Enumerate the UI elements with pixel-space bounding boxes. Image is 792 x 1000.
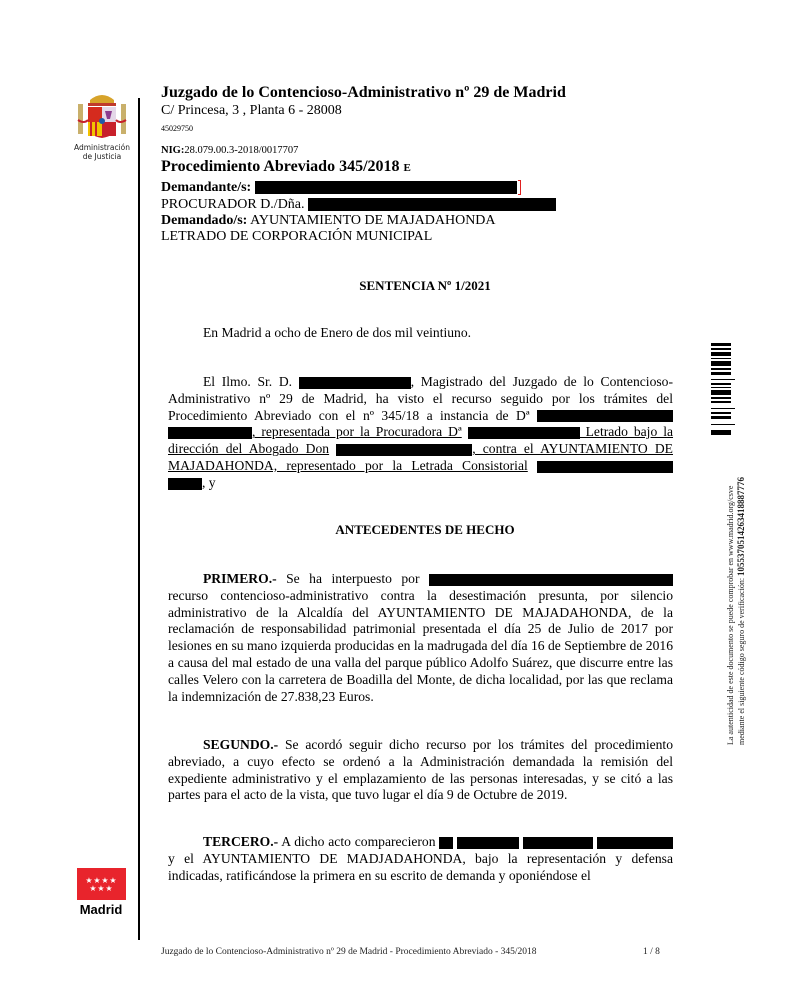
intro-text: , y <box>202 475 216 490</box>
tercero-paragraph: TERCERO.- A dicho acto comparecieron y e… <box>168 834 673 884</box>
procurador-label: PROCURADOR D./Dña. <box>161 197 305 212</box>
primero-label: PRIMERO.- <box>203 571 277 586</box>
redaction-block <box>168 478 202 490</box>
procedure-number: Procedimiento Abreviado 345/2018 <box>161 158 400 175</box>
barcode-icon <box>711 343 737 443</box>
lawyer-line: LETRADO DE CORPORACIÓN MUNICIPAL <box>161 228 432 245</box>
primero-text: recurso contencioso-administrativo contr… <box>168 588 673 704</box>
redaction-block <box>537 410 673 422</box>
margin-rule <box>138 98 140 940</box>
svg-text:★: ★ <box>89 884 96 893</box>
court-code: 45029750 <box>161 124 193 133</box>
tercero-label: TERCERO.- <box>203 834 278 849</box>
segundo-label: SEGUNDO.- <box>203 737 278 752</box>
redaction-block <box>299 377 411 389</box>
primero-lead: Se ha interpuesto por <box>277 571 429 586</box>
madrid-label: Madrid <box>68 902 134 917</box>
court-address: C/ Princesa, 3 , Planta 6 - 28008 <box>161 103 342 119</box>
redaction-block <box>429 574 673 586</box>
redaction-block <box>468 427 580 439</box>
page-number: 1 / 8 <box>643 947 660 957</box>
redaction-block <box>597 837 673 849</box>
nig-label: NIG: <box>161 145 184 156</box>
verification-line2: mediante el siguiente código seguro de v… <box>736 477 747 745</box>
defendant-label: Demandado/s: <box>161 213 247 228</box>
intro-text: El Ilmo. Sr. D. <box>203 374 292 389</box>
svg-text:★: ★ <box>105 884 112 893</box>
redaction-block <box>537 461 673 473</box>
section-heading: ANTECEDENTES DE HECHO <box>160 522 690 538</box>
crest-label: Administración de Justicia <box>68 143 136 161</box>
intro-text: , representada por la Procuradora Dª <box>252 424 462 439</box>
plaintiff-label: Demandante/s: <box>161 180 251 195</box>
plaintiff-line: Demandante/s: <box>161 179 521 196</box>
nig-line: NIG:28.079.00.3-2018/0017707 <box>161 145 298 156</box>
primero-paragraph: PRIMERO.- Se ha interpuesto por recurso … <box>168 571 673 705</box>
redaction-block <box>457 837 519 849</box>
redaction-marker <box>518 180 521 195</box>
svg-text:★: ★ <box>97 884 104 893</box>
segundo-paragraph: SEGUNDO.- Se acordó seguir dicho recurso… <box>168 737 673 804</box>
date-line: En Madrid a ocho de Enero de dos mil vei… <box>168 325 673 342</box>
redaction-block <box>308 198 556 211</box>
intro-paragraph: El Ilmo. Sr. D. , Magistrado del Juzgado… <box>168 374 673 492</box>
redaction-block <box>255 181 517 194</box>
date-text: En Madrid a ocho de Enero de dos mil vei… <box>203 325 471 340</box>
spain-coat-of-arms-icon <box>76 90 128 142</box>
crest-label-line1: Administración <box>68 143 136 152</box>
sentence-title: SENTENCIA Nº 1/2021 <box>160 278 690 294</box>
defendant-line: Demandado/s: AYUNTAMIENTO DE MAJADAHONDA <box>161 212 496 229</box>
redaction-block <box>168 427 252 439</box>
tercero-text: y el AYUNTAMIENTO DE MADJADAHONDA, bajo … <box>168 851 673 883</box>
court-title: Juzgado de lo Contencioso-Administrativo… <box>161 84 566 102</box>
redaction-block <box>523 837 593 849</box>
crest-label-line2: de Justicia <box>68 152 136 161</box>
redaction-block <box>336 444 472 456</box>
procedure-title: Procedimiento Abreviado 345/2018 E <box>161 158 411 176</box>
verification-prefix: mediante el siguiente código seguro de v… <box>737 576 746 745</box>
nig-value: 28.079.00.3-2018/0017707 <box>184 145 298 156</box>
procurador-line: PROCURADOR D./Dña. <box>161 196 556 213</box>
defendant-value: AYUNTAMIENTO DE MAJADAHONDA <box>250 213 495 228</box>
verification-text: La autenticidad de este documento se pue… <box>726 477 747 745</box>
madrid-flag-stars-icon: ★★★★ ★★★ <box>77 868 126 900</box>
footer-text: Juzgado de lo Contencioso-Administrativo… <box>161 947 537 957</box>
tercero-lead: A dicho acto comparecieron <box>278 834 435 849</box>
verification-line1: La autenticidad de este documento se pue… <box>726 477 736 745</box>
redaction-block <box>439 837 453 849</box>
verification-code: 1055370514263418887776 <box>736 477 746 576</box>
procedure-suffix: E <box>404 162 411 174</box>
